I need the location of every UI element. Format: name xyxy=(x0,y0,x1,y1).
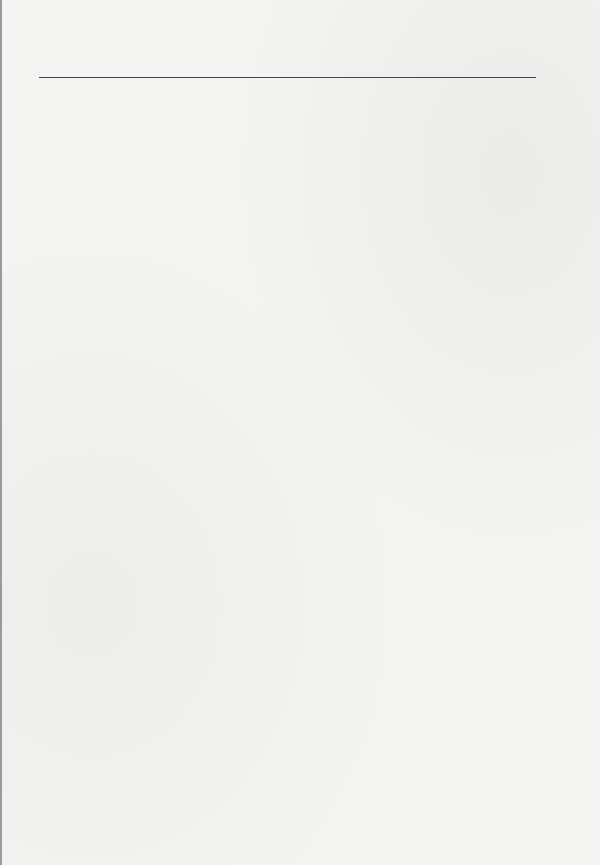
document-page xyxy=(0,0,600,865)
header-rule xyxy=(39,77,536,78)
options-row xyxy=(64,164,136,180)
